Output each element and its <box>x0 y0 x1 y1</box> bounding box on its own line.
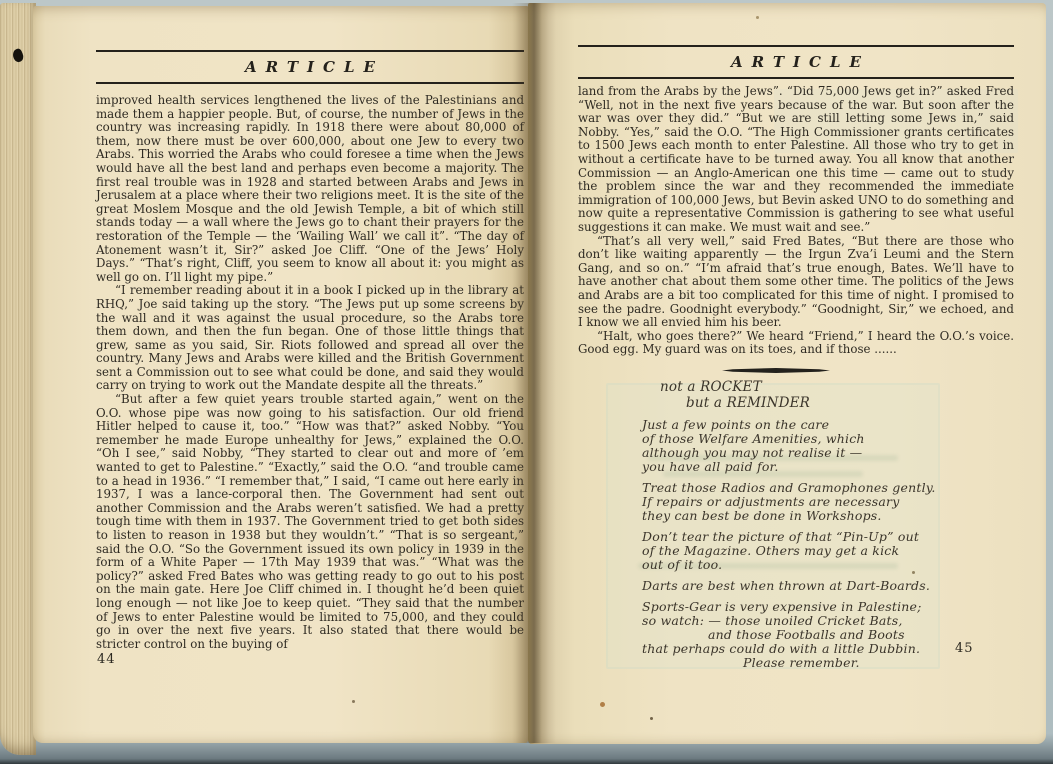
header-rule-bottom <box>578 77 1014 79</box>
body-paragraph: “That’s all very well,” said Fred Bates,… <box>578 235 1014 330</box>
body-paragraph: “But after a few quiet years trouble sta… <box>96 393 524 651</box>
article-header: ARTICLE <box>578 47 1014 77</box>
reminder-title-line2: but a REMINDER <box>686 395 978 411</box>
reminder-line: you have all paid for. <box>642 460 978 474</box>
reminder-stanza: Darts are best when thrown at Dart-Board… <box>642 579 978 593</box>
page-right: ARTICLE land from the Arabs by the Jews”… <box>528 3 1046 744</box>
reminder-line: although you may not realise it — <box>642 446 978 460</box>
reminder-title: not a ROCKET but a REMINDER <box>642 379 978 411</box>
reminder-stanza: Don’t tear the picture of that “Pin-Up” … <box>642 530 978 572</box>
tapered-rule-divider <box>722 368 830 373</box>
page-left: ARTICLE improved health services lengthe… <box>33 6 528 743</box>
reminder-line: so watch: — those unoiled Cricket Bats, <box>642 614 978 628</box>
page-number-right: 45 <box>955 641 974 656</box>
reminder-line: they can best be done in Workshops. <box>642 509 978 523</box>
scanned-book-spread: { "colors":{ "paper":"#efe3c4", "ink":"#… <box>0 0 1053 764</box>
body-paragraph: land from the Arabs by the Jews”. “Did 7… <box>578 85 1014 235</box>
reminder-notice: not a ROCKET but a REMINDER Just a few p… <box>642 379 978 670</box>
reminder-title-line1: not a ROCKET <box>660 379 978 395</box>
header-rule-bottom <box>96 82 524 84</box>
body-paragraph: “Halt, who goes there?” We heard “Friend… <box>578 330 1014 357</box>
reminder-line: Treat those Radios and Gramophones gentl… <box>642 481 978 495</box>
reminder-stanza: Just a few points on the careof those We… <box>642 418 978 474</box>
right-page-body: land from the Arabs by the Jews”. “Did 7… <box>578 85 1014 357</box>
reminder-line: Don’t tear the picture of that “Pin-Up” … <box>642 530 978 544</box>
body-paragraph: improved health services lengthened the … <box>96 94 524 284</box>
page-number-left: 44 <box>97 652 116 667</box>
reminder-line: of the Magazine. Others may get a kick <box>642 544 978 558</box>
reminder-line: If repairs or adjustments are necessary <box>642 495 978 509</box>
reminder-stanza: Sports-Gear is very expensive in Palesti… <box>642 600 978 670</box>
reminder-line: and those Footballs and Boots <box>708 628 978 642</box>
left-masthead: ARTICLE <box>96 50 524 84</box>
reminder-stanza: Treat those Radios and Gramophones gentl… <box>642 481 978 523</box>
reminder-line: out of it too. <box>642 558 978 572</box>
reminder-line: Darts are best when thrown at Dart-Board… <box>642 579 978 593</box>
reminder-line: Just a few points on the care <box>642 418 978 432</box>
reminder-stanzas: Just a few points on the careof those We… <box>642 418 978 670</box>
page-edge-stack <box>0 3 36 755</box>
reminder-line: Please remember. <box>743 656 978 670</box>
right-masthead: ARTICLE <box>578 45 1014 79</box>
reminder-line: Sports-Gear is very expensive in Palesti… <box>642 600 978 614</box>
reminder-line: that perhaps could do with a little Dubb… <box>642 642 978 656</box>
reminder-line: of those Welfare Amenities, which <box>642 432 978 446</box>
body-paragraph: “I remember reading about it in a book I… <box>96 284 524 393</box>
article-header: ARTICLE <box>96 52 524 82</box>
left-page-body: improved health services lengthened the … <box>96 94 524 651</box>
